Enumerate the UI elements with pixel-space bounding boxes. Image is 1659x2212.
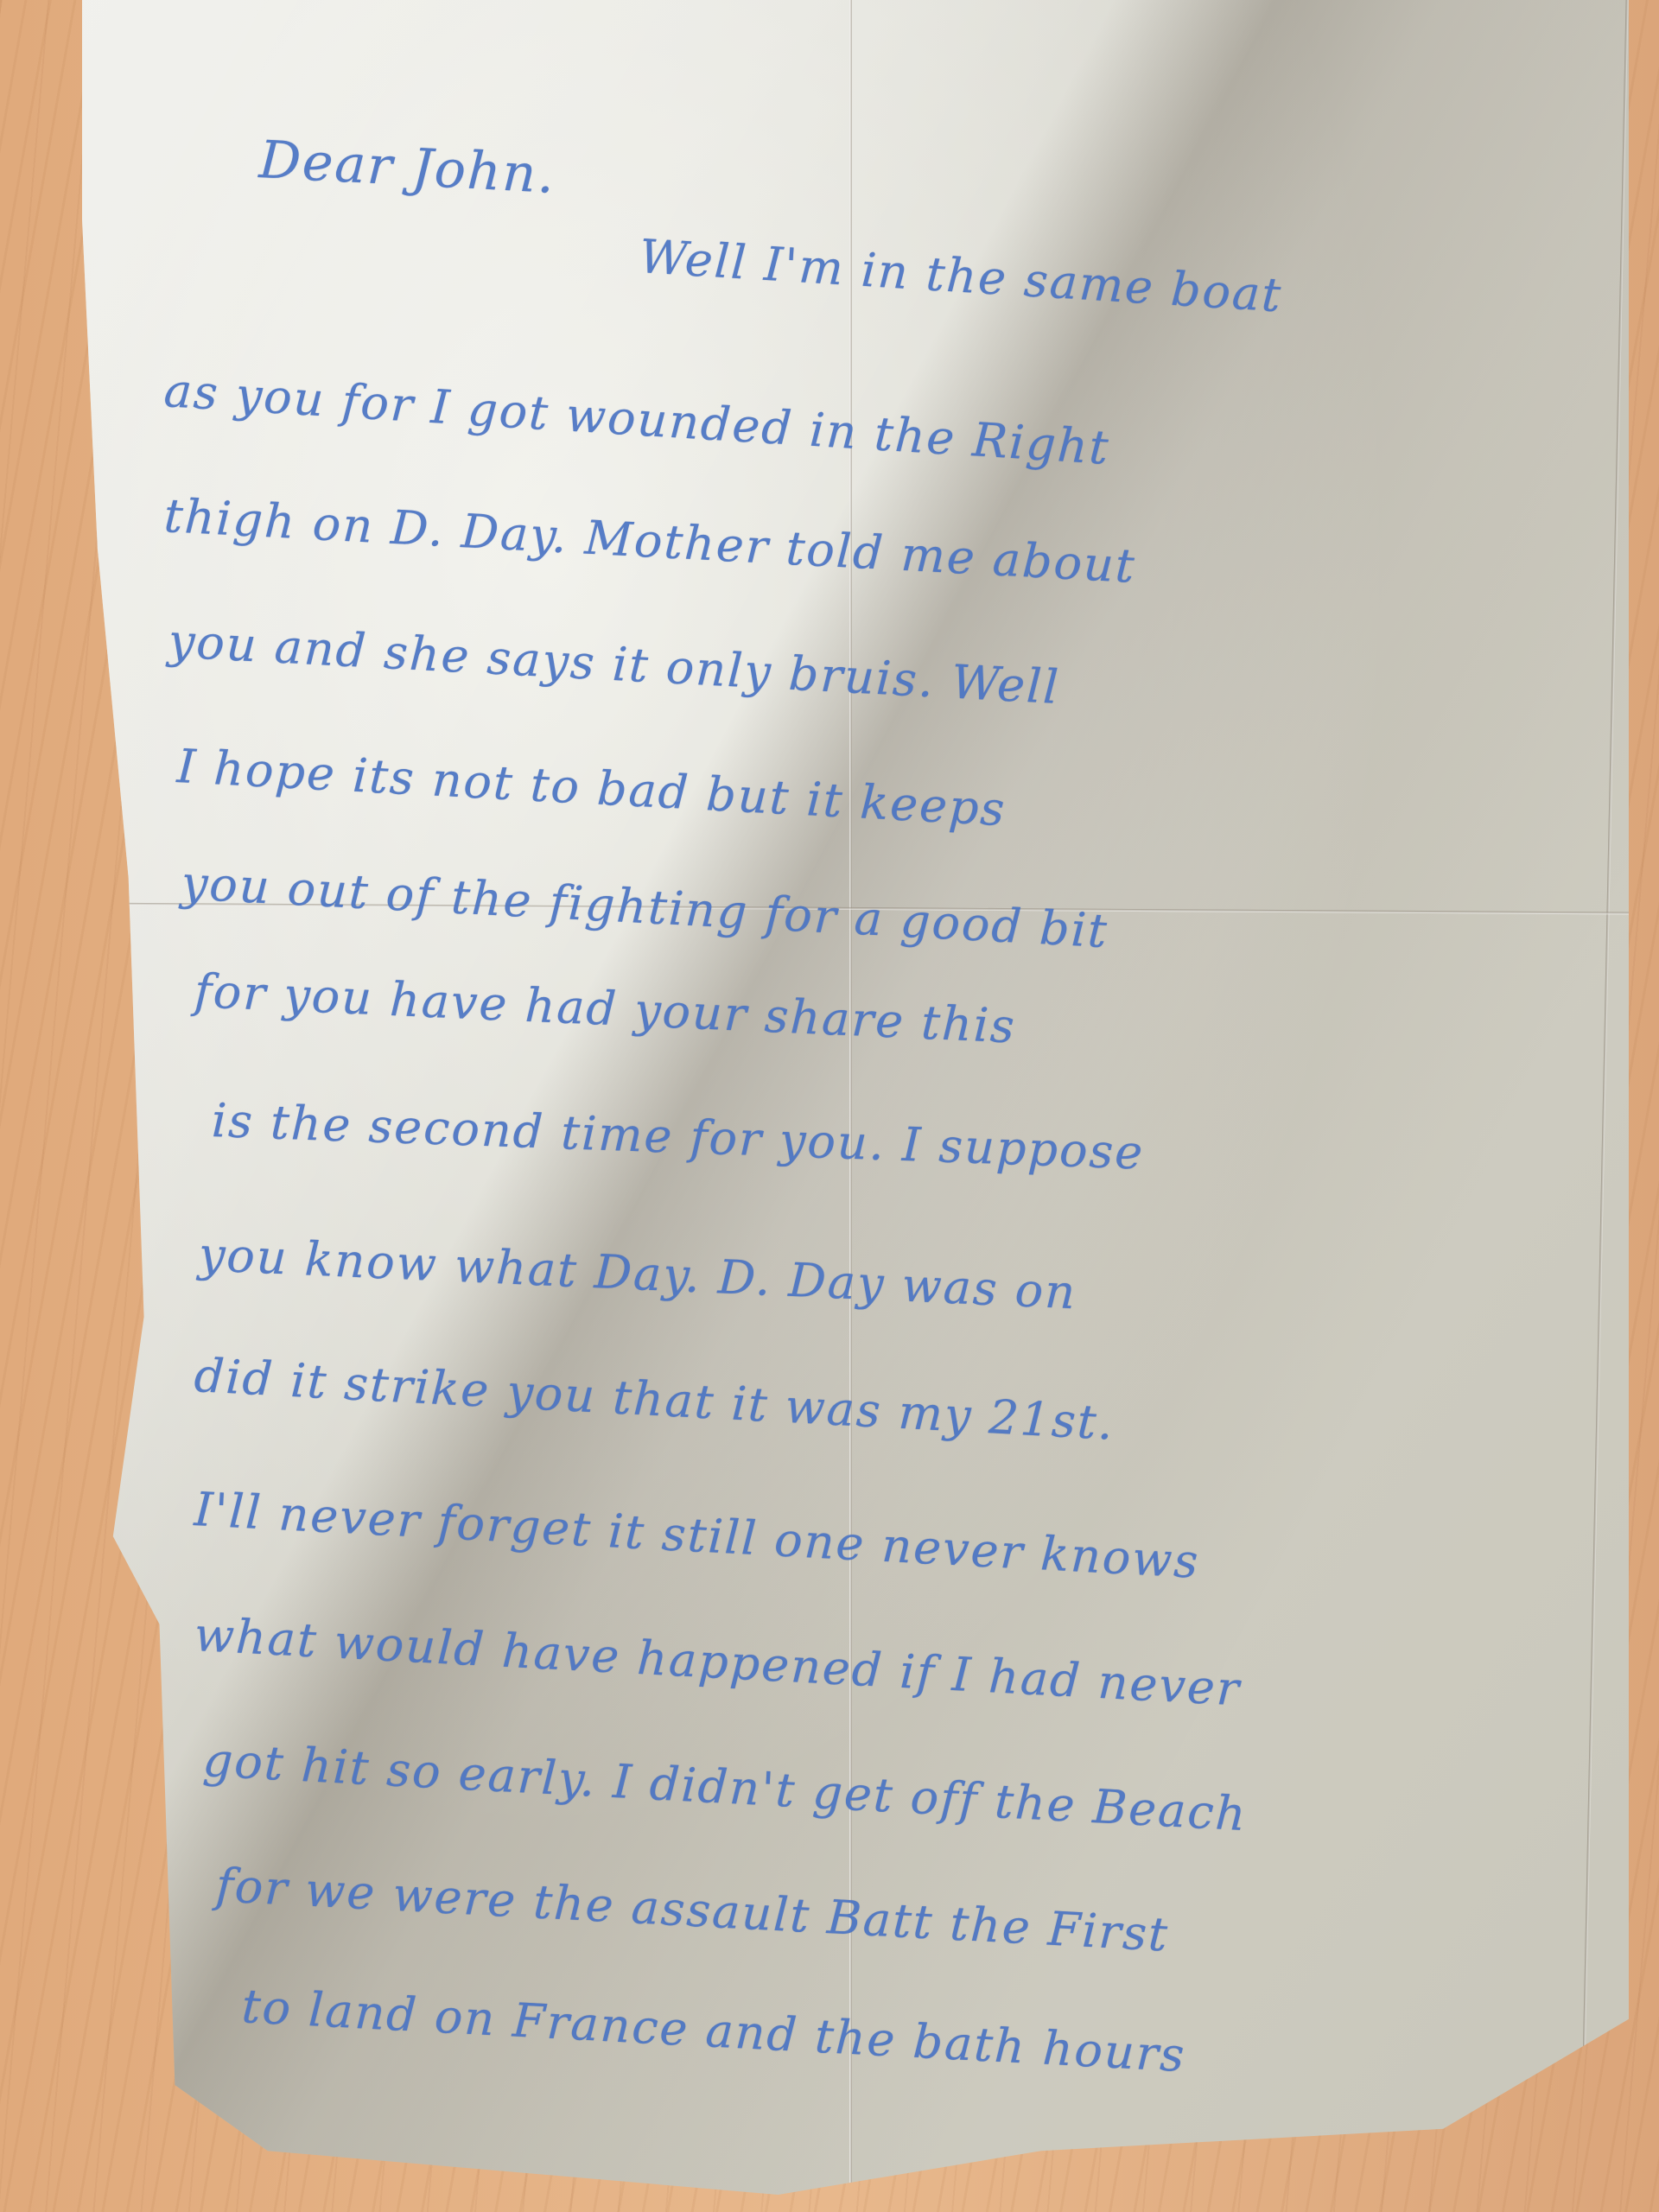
right-fold-crease (1580, 0, 1628, 2195)
vertical-fold-crease (849, 0, 852, 2195)
